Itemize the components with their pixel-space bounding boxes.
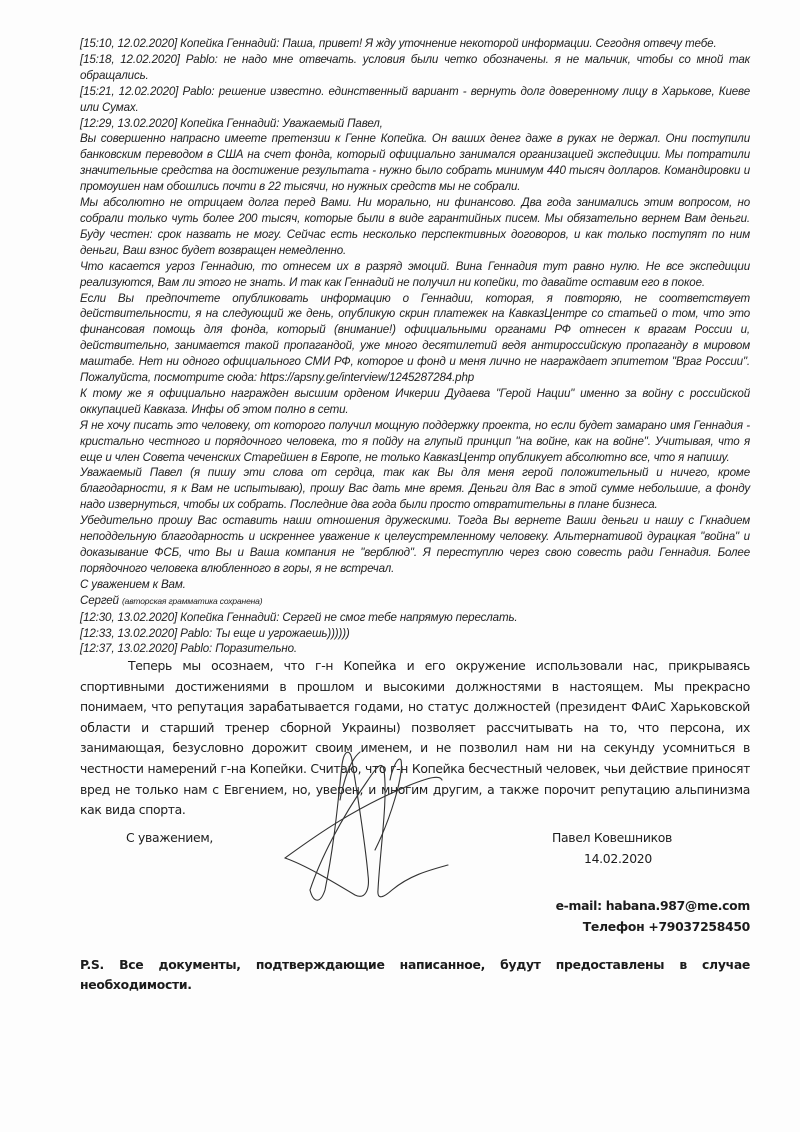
- forwarded-paragraph: Уважаемый Павел (я пишу эти слова от сер…: [80, 465, 750, 513]
- forwarded-paragraph: Если Вы предпочтете опубликовать информа…: [80, 291, 750, 386]
- closing-salutation: С уважением,: [126, 830, 213, 845]
- chat-message: [15:21, 12.02.2020] Pablo: решение извес…: [80, 84, 750, 116]
- forwarded-paragraph: Убедительно прошу Вас оставить наши отно…: [80, 513, 750, 577]
- author-name: Павел Ковешников: [552, 830, 672, 845]
- forwarded-signer: Сергей (авторская грамматика сохранена): [80, 593, 750, 610]
- document-page: [15:10, 12.02.2020] Копейка Геннадий: Па…: [0, 0, 800, 1132]
- chat-message: [12:30, 13.02.2020] Копейка Геннадий: Се…: [80, 610, 750, 626]
- chat-message: [15:10, 12.02.2020] Копейка Геннадий: Па…: [80, 36, 750, 52]
- chat-message: [12:37, 13.02.2020] Pablo: Поразительно.: [80, 641, 750, 657]
- forwarded-paragraph: Я не хочу писать это человеку, от которо…: [80, 418, 750, 466]
- forwarded-paragraph: С уважением к Вам.: [80, 577, 750, 593]
- forwarded-paragraph: Мы абсолютно не отрицаем долга перед Вам…: [80, 195, 750, 259]
- phone-number: Телефон +79037258450: [556, 916, 750, 937]
- email-address: e-mail: habana.987@me.com: [556, 895, 750, 916]
- chat-message: [12:29, 13.02.2020] Копейка Геннадий: Ув…: [80, 116, 750, 132]
- chat-message: [12:33, 13.02.2020] Pablo: Ты еще и угро…: [80, 626, 750, 642]
- letter-date: 14.02.2020: [584, 851, 652, 866]
- forwarded-paragraph: Вы совершенно напрасно имеете претензии …: [80, 131, 750, 195]
- handwritten-signature-icon: [280, 740, 450, 910]
- grammar-note: (авторская грамматика сохранена): [122, 596, 263, 606]
- postscript: P.S. Все документы, подтверждающие напис…: [80, 955, 750, 995]
- contact-info: e-mail: habana.987@me.com Телефон +79037…: [556, 895, 750, 937]
- forwarded-paragraph: К тому же я официально награжден высшим …: [80, 386, 750, 418]
- chat-log-transcript: [15:10, 12.02.2020] Копейка Геннадий: Па…: [80, 36, 750, 657]
- chat-message: [15:18, 12.02.2020] Pablo: не надо мне о…: [80, 52, 750, 84]
- forwarded-paragraph: Что касается угроз Геннадию, то отнесем …: [80, 259, 750, 291]
